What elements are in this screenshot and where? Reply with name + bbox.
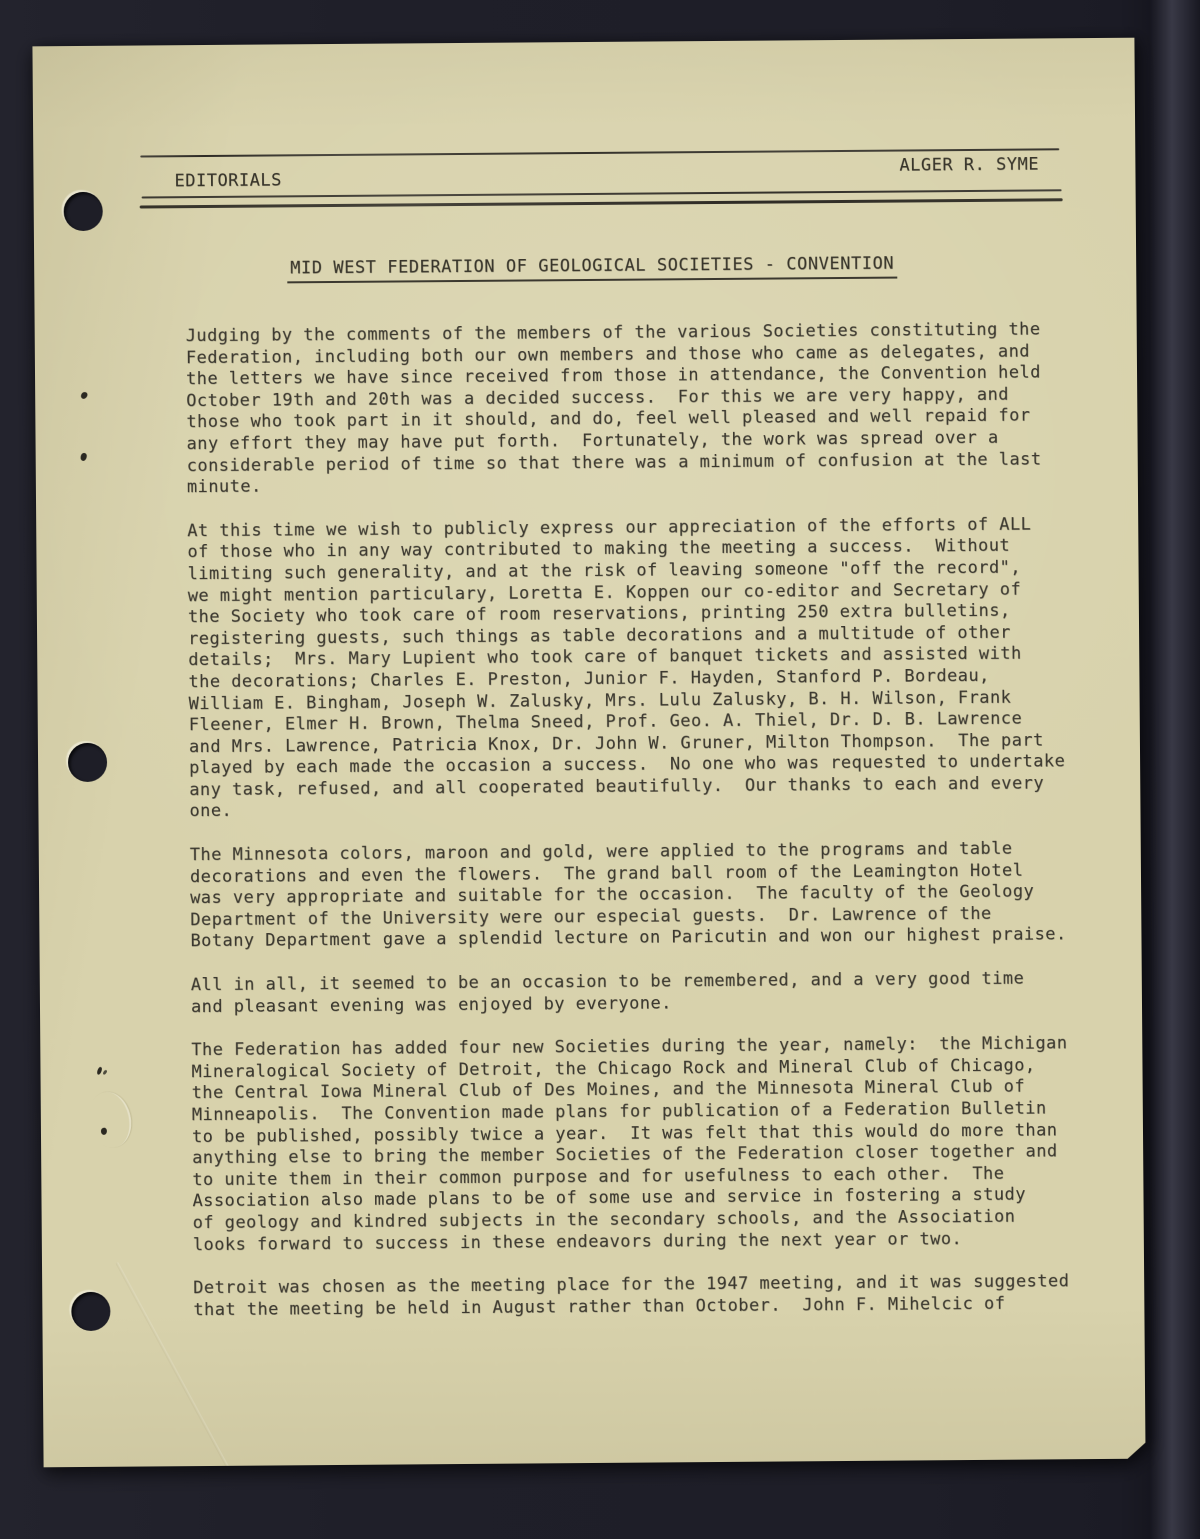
paragraph-1: Judging by the comments of the members o…: [186, 319, 1099, 499]
punch-hole-bottom: [71, 1292, 110, 1331]
punch-hole-top: [64, 192, 103, 231]
author-name: ALGER R. SYME: [899, 155, 1039, 174]
ink-speck: [96, 1066, 102, 1075]
document-page: EDITORIALS ALGER R. SYME MID WEST FEDERA…: [32, 38, 1145, 1468]
paragraph-2: At this time we wish to publicly express…: [187, 514, 1101, 823]
ink-speck: [80, 391, 88, 400]
punch-hole-middle: [68, 743, 107, 782]
paragraph-3: The Minnesota colors, maroon and gold, w…: [190, 838, 1103, 953]
ink-speck: [102, 1069, 107, 1075]
document-body: Judging by the comments of the members o…: [186, 319, 1106, 1343]
section-label: EDITORIALS: [174, 171, 281, 190]
paragraph-6: Detroit was chosen as the meeting place …: [193, 1271, 1105, 1321]
ink-speck: [80, 453, 87, 462]
document-page-wrapper: EDITORIALS ALGER R. SYME MID WEST FEDERA…: [32, 38, 1145, 1468]
paragraph-4: All in all, it seemed to be an occasion …: [191, 968, 1103, 1018]
page-title: MID WEST FEDERATION OF GEOLOGICAL SOCIET…: [287, 254, 897, 284]
header-rule-double-thick: [140, 198, 1063, 208]
header-rule-double-thin: [142, 189, 1062, 198]
paragraph-5: The Federation has added four new Societ…: [191, 1033, 1105, 1256]
scan-background: EDITORIALS ALGER R. SYME MID WEST FEDERA…: [0, 0, 1200, 1539]
title-row: MID WEST FEDERATION OF GEOLOGICAL SOCIET…: [34, 252, 1136, 286]
paper-crease: [83, 1088, 136, 1152]
